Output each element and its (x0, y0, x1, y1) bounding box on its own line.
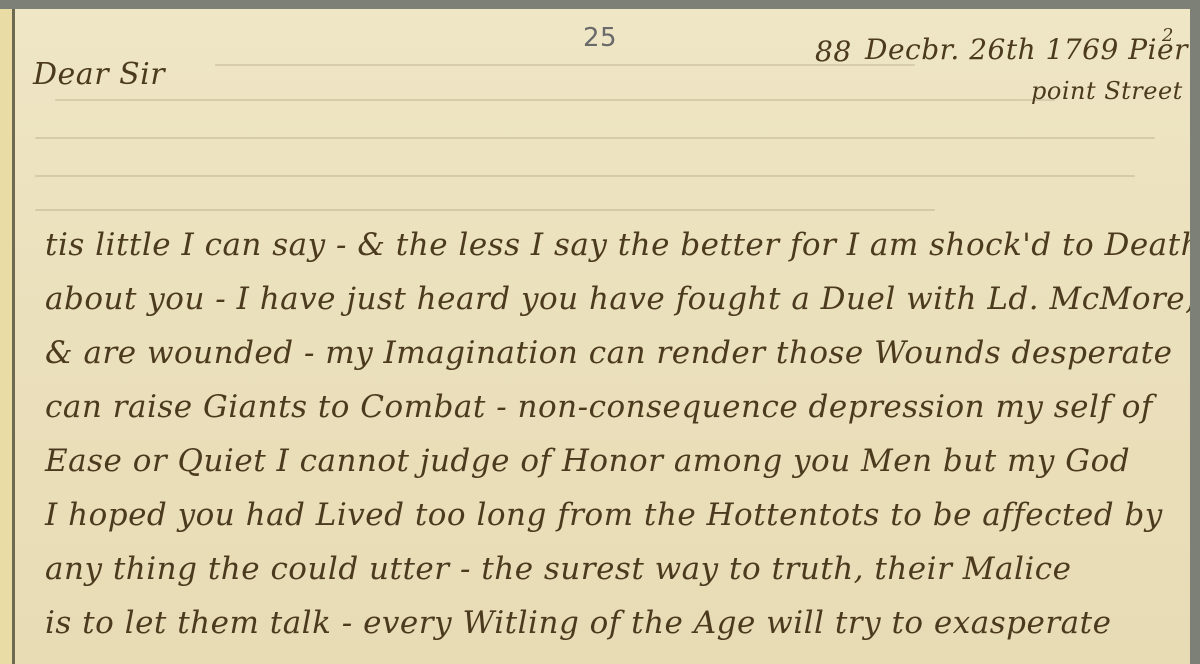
letter-line: tis little I can say - & the less I say … (45, 227, 1190, 263)
salutation: Dear Sir (33, 57, 165, 92)
date-text: Decbr. 26th 1769 (865, 33, 1119, 66)
letter-line: & are wounded - my Imagination can rende… (45, 335, 1172, 371)
letter-date: Decbr. 26th 1769 Pier (865, 33, 1188, 66)
letter-line: about you - I have just heard you have f… (45, 281, 1190, 317)
pencil-folio-number: 25 (583, 23, 617, 53)
letter-line: can raise Giants to Combat - non-consequ… (45, 389, 1153, 425)
page-mark: 2 (1162, 25, 1174, 46)
address-line-1: Pier (1128, 33, 1188, 66)
scan-right-border (1190, 0, 1200, 664)
manuscript-number: 88 (815, 35, 852, 68)
letter-line: any thing the could utter - the surest w… (45, 551, 1072, 587)
letter-line: is to let them talk - every Witling of t… (45, 605, 1111, 641)
letter-line: Ease or Quiet I cannot judge of Honor am… (45, 443, 1130, 479)
letter-line: I hoped you had Lived too long from the … (45, 497, 1163, 533)
address-line-2: point Street (1031, 77, 1183, 105)
manuscript-page: 25 88 Decbr. 26th 1769 Pier 2 point Stre… (15, 9, 1190, 664)
scan-top-border (0, 0, 1200, 9)
